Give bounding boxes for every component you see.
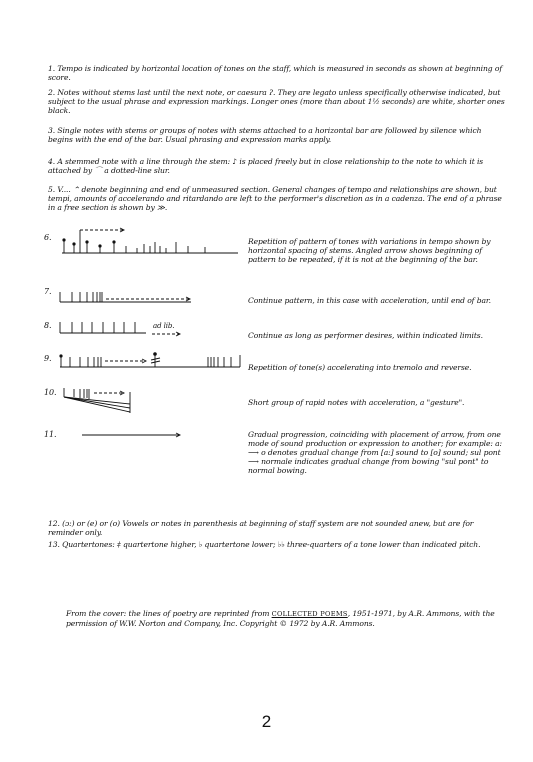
figure-11-arrow bbox=[80, 430, 190, 440]
figure-7-pattern bbox=[58, 288, 218, 304]
item-9-label: 9. bbox=[44, 354, 51, 363]
item-6-description: Repetition of pattern of tones with vari… bbox=[248, 237, 508, 264]
note-2: 2. Notes without stems last until the ne… bbox=[48, 88, 508, 115]
page-number: 2 bbox=[0, 712, 533, 732]
item-11-label: 11. bbox=[44, 430, 56, 439]
figure-9-pattern bbox=[58, 350, 248, 370]
note-13: 13. Quartertones: ‡ quartertone higher, … bbox=[48, 540, 498, 549]
credit-before: From the cover: the lines of poetry are … bbox=[66, 609, 272, 618]
item-10-description: Short group of rapid notes with accelera… bbox=[248, 398, 508, 407]
ad-lib-marking: ad lib. bbox=[153, 322, 174, 331]
item-9-description: Repetition of tone(s) accelerating into … bbox=[248, 363, 508, 372]
figure-10-gesture bbox=[62, 386, 172, 416]
item-6-label: 6. bbox=[44, 233, 51, 242]
figure-8-pattern bbox=[58, 318, 238, 338]
note-1: 1. Tempo is indicated by horizontal loca… bbox=[48, 64, 508, 82]
item-7-label: 7. bbox=[44, 287, 51, 296]
note-3: 3. Single notes with stems or groups of … bbox=[48, 126, 508, 144]
credit-book-title: COLLECTED POEMS bbox=[272, 610, 348, 618]
note-12: 12. (ɔ:) or (e) or (o) Vowels or notes i… bbox=[48, 519, 488, 537]
item-11-description: Gradual progression, coinciding with pla… bbox=[248, 430, 508, 475]
item-8-description: Continue as long as performer desires, w… bbox=[248, 331, 508, 340]
item-7-description: Continue pattern, in this case with acce… bbox=[248, 296, 508, 305]
figure-6-pattern bbox=[60, 228, 240, 258]
cover-credit: From the cover: the lines of poetry are … bbox=[66, 609, 506, 628]
item-8-label: 8. bbox=[44, 321, 51, 330]
item-10-label: 10. bbox=[44, 388, 56, 397]
note-4: 4. A stemmed note with a line through th… bbox=[48, 157, 508, 175]
note-5: 5. V.... ⌃ denote beginning and end of u… bbox=[48, 185, 508, 212]
